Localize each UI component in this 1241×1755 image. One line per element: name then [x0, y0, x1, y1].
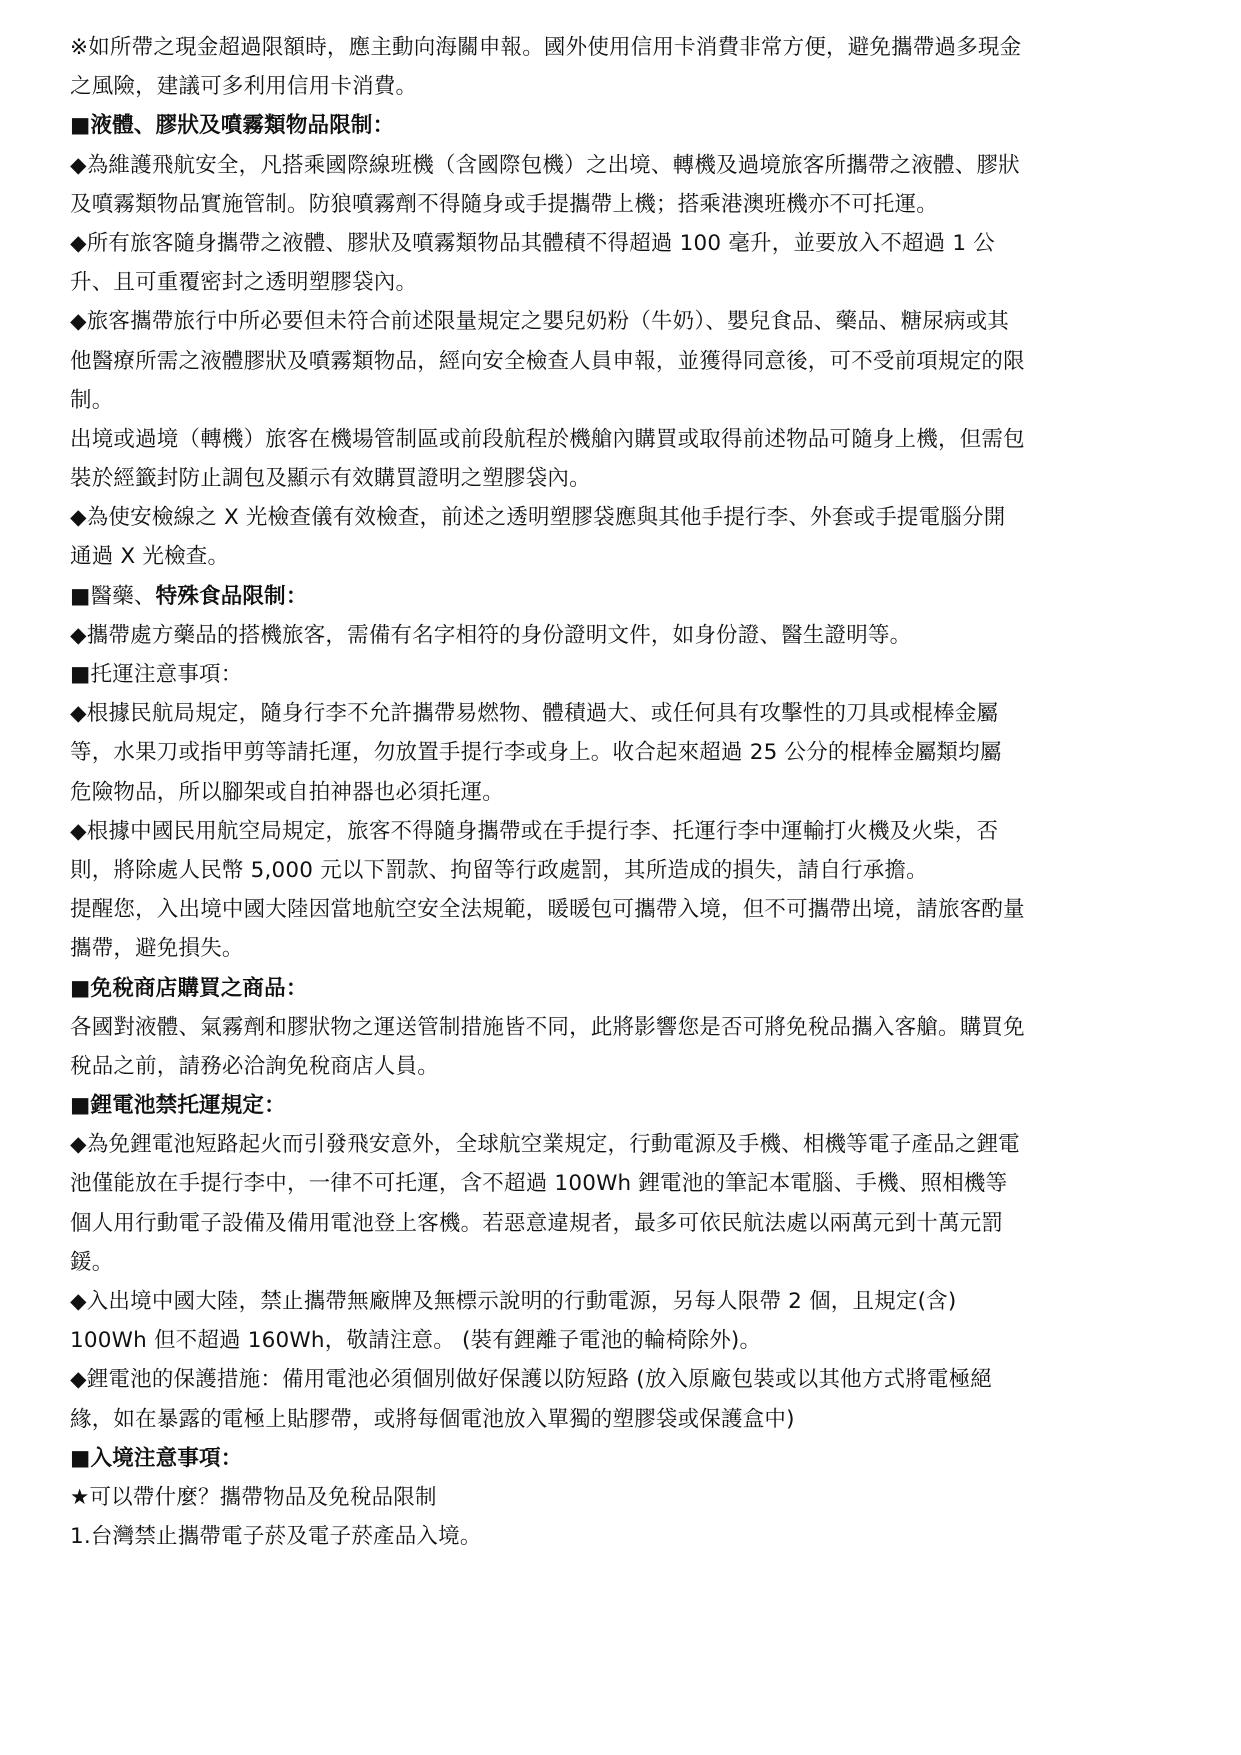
text-line: 及噴霧類物品實施管制。防狼噴霧劑不得隨身或手提攜帶上機；搭乘港澳班機亦不可托運。	[70, 185, 1180, 224]
section-heading-battery: ■鋰電池禁托運規定：	[70, 1086, 1180, 1125]
bullet-battery-1: ◆為免鋰電池短路起火而引發飛安意外，全球航空業規定，行動電源及手機、相機等電子產…	[70, 1125, 1180, 1282]
heading-prefix: ■醫藥、	[70, 584, 156, 609]
text-line: 個人用行動電子設備及備用電池登上客機。若惡意違規者，最多可依民航法處以兩萬元到十…	[70, 1204, 1180, 1243]
checkin-reminder-paragraph: 提醒您，入出境中國大陸因當地航空安全法規範，暖暖包可攜帶入境，但不可攜帶出境，請…	[70, 890, 1180, 968]
text-line: 池僅能放在手提行李中，一律不可托運，含不超過 100Wh 鋰電池的筆記本電腦、手…	[70, 1164, 1180, 1203]
text-line: ◆入出境中國大陸，禁止攜帶無廠牌及無標示說明的行動電源，另每人限帶 2 個，且規…	[70, 1282, 1180, 1321]
bullet-medicine-1: ◆攜帶處方藥品的搭機旅客，需備有名字相符的身份證明文件，如身份證、醫生證明等。	[70, 616, 1180, 655]
text-line: ◆攜帶處方藥品的搭機旅客，需備有名字相符的身份證明文件，如身份證、醫生證明等。	[70, 616, 1180, 655]
bullet-liquids-4: ◆為使安檢線之 X 光檢查儀有效檢查，前述之透明塑膠袋應與其他手提行李、外套或手…	[70, 498, 1180, 576]
heading-bold-text: 特殊食品限制：	[156, 584, 308, 609]
section-heading-checkin: ■托運注意事項：	[70, 655, 1180, 694]
text-line: 裝於經籤封防止調包及顯示有效購買證明之塑膠袋內。	[70, 459, 1180, 498]
text-line: ※如所帶之現金超過限額時，應主動向海關申報。國外使用信用卡消費非常方便，避免攜帶…	[70, 28, 1180, 67]
liquids-transit-paragraph: 出境或過境（轉機）旅客在機場管制區或前段航程於機艙內購買或取得前述物品可隨身上機…	[70, 420, 1180, 498]
text-line: ◆為免鋰電池短路起火而引發飛安意外，全球航空業規定，行動電源及手機、相機等電子產…	[70, 1125, 1180, 1164]
entry-star-line: ★可以帶什麼？攜帶物品及免稅品限制	[70, 1478, 1180, 1517]
text-line: ◆為使安檢線之 X 光檢查儀有效檢查，前述之透明塑膠袋應與其他手提行李、外套或手…	[70, 498, 1180, 537]
entry-item-1: 1.台灣禁止攜帶電子菸及電子菸產品入境。	[70, 1517, 1180, 1556]
dutyfree-paragraph: 各國對液體、氣霧劑和膠狀物之運送管制措施皆不同，此將影響您是否可將免稅品攜入客艙…	[70, 1008, 1180, 1086]
text-line: 100Wh 但不超過 160Wh，敬請注意。 (裝有鋰離子電池的輪椅除外)。	[70, 1321, 1180, 1360]
bullet-battery-2: ◆入出境中國大陸，禁止攜帶無廠牌及無標示說明的行動電源，另每人限帶 2 個，且規…	[70, 1282, 1180, 1360]
text-line: 制。	[70, 381, 1180, 420]
text-line: 各國對液體、氣霧劑和膠狀物之運送管制措施皆不同，此將影響您是否可將免稅品攜入客艙…	[70, 1008, 1180, 1047]
text-line: 他醫療所需之液體膠狀及噴霧類物品，經向安全檢查人員申報，並獲得同意後，可不受前項…	[70, 342, 1180, 381]
cash-note-paragraph: ※如所帶之現金超過限額時，應主動向海關申報。國外使用信用卡消費非常方便，避免攜帶…	[70, 28, 1180, 106]
text-line: ◆旅客攜帶旅行中所必要但未符合前述限量規定之嬰兒奶粉（牛奶）、嬰兒食品、藥品、糖…	[70, 302, 1180, 341]
text-line: ◆所有旅客隨身攜帶之液體、膠狀及噴霧類物品其體積不得超過 100 毫升，並要放入…	[70, 224, 1180, 263]
text-line: 通過 X 光檢查。	[70, 537, 1180, 576]
text-line: 稅品之前，請務必洽詢免稅商店人員。	[70, 1047, 1180, 1086]
text-line: ◆根據民航局規定，隨身行李不允許攜帶易燃物、體積過大、或任何具有攻擊性的刀具或棍…	[70, 694, 1180, 733]
text-line: ◆為維護飛航安全，凡搭乘國際線班機（含國際包機）之出境、轉機及過境旅客所攜帶之液…	[70, 146, 1180, 185]
bullet-battery-3: ◆鋰電池的保護措施：備用電池必須個別做好保護以防短路 (放入原廠包裝或以其他方式…	[70, 1360, 1180, 1438]
section-heading-medicine: ■醫藥、特殊食品限制：	[70, 577, 1180, 616]
text-line: 出境或過境（轉機）旅客在機場管制區或前段航程於機艙內購買或取得前述物品可隨身上機…	[70, 420, 1180, 459]
bullet-checkin-2: ◆根據中國民用航空局規定，旅客不得隨身攜帶或在手提行李、托運行李中運輸打火機及火…	[70, 812, 1180, 890]
text-line: ◆鋰電池的保護措施：備用電池必須個別做好保護以防短路 (放入原廠包裝或以其他方式…	[70, 1360, 1180, 1399]
bullet-checkin-1: ◆根據民航局規定，隨身行李不允許攜帶易燃物、體積過大、或任何具有攻擊性的刀具或棍…	[70, 694, 1180, 812]
document-page: ※如所帶之現金超過限額時，應主動向海關申報。國外使用信用卡消費非常方便，避免攜帶…	[70, 28, 1180, 1556]
text-line: 鍰。	[70, 1243, 1180, 1282]
section-heading-entry: ■入境注意事項：	[70, 1439, 1180, 1478]
section-heading-liquids: ■液體、膠狀及噴霧類物品限制：	[70, 106, 1180, 145]
text-line: 危險物品，所以腳架或自拍神器也必須托運。	[70, 773, 1180, 812]
text-line: 則，將除處人民幣 5,000 元以下罰款、拘留等行政處罰，其所造成的損失，請自行…	[70, 851, 1180, 890]
bullet-liquids-2: ◆所有旅客隨身攜帶之液體、膠狀及噴霧類物品其體積不得超過 100 毫升，並要放入…	[70, 224, 1180, 302]
text-line: 升、且可重覆密封之透明塑膠袋內。	[70, 263, 1180, 302]
bullet-liquids-1: ◆為維護飛航安全，凡搭乘國際線班機（含國際包機）之出境、轉機及過境旅客所攜帶之液…	[70, 146, 1180, 224]
bullet-liquids-3: ◆旅客攜帶旅行中所必要但未符合前述限量規定之嬰兒奶粉（牛奶）、嬰兒食品、藥品、糖…	[70, 302, 1180, 420]
text-line: ◆根據中國民用航空局規定，旅客不得隨身攜帶或在手提行李、托運行李中運輸打火機及火…	[70, 812, 1180, 851]
text-line: 提醒您，入出境中國大陸因當地航空安全法規範，暖暖包可攜帶入境，但不可攜帶出境，請…	[70, 890, 1180, 929]
text-line: 等，水果刀或指甲剪等請托運，勿放置手提行李或身上。收合起來超過 25 公分的棍棒…	[70, 733, 1180, 772]
text-line: 攜帶，避免損失。	[70, 929, 1180, 968]
text-line: 緣，如在暴露的電極上貼膠帶，或將每個電池放入單獨的塑膠袋或保護盒中)	[70, 1400, 1180, 1439]
section-heading-dutyfree: ■免稅商店購買之商品：	[70, 969, 1180, 1008]
text-line: 之風險，建議可多利用信用卡消費。	[70, 67, 1180, 106]
